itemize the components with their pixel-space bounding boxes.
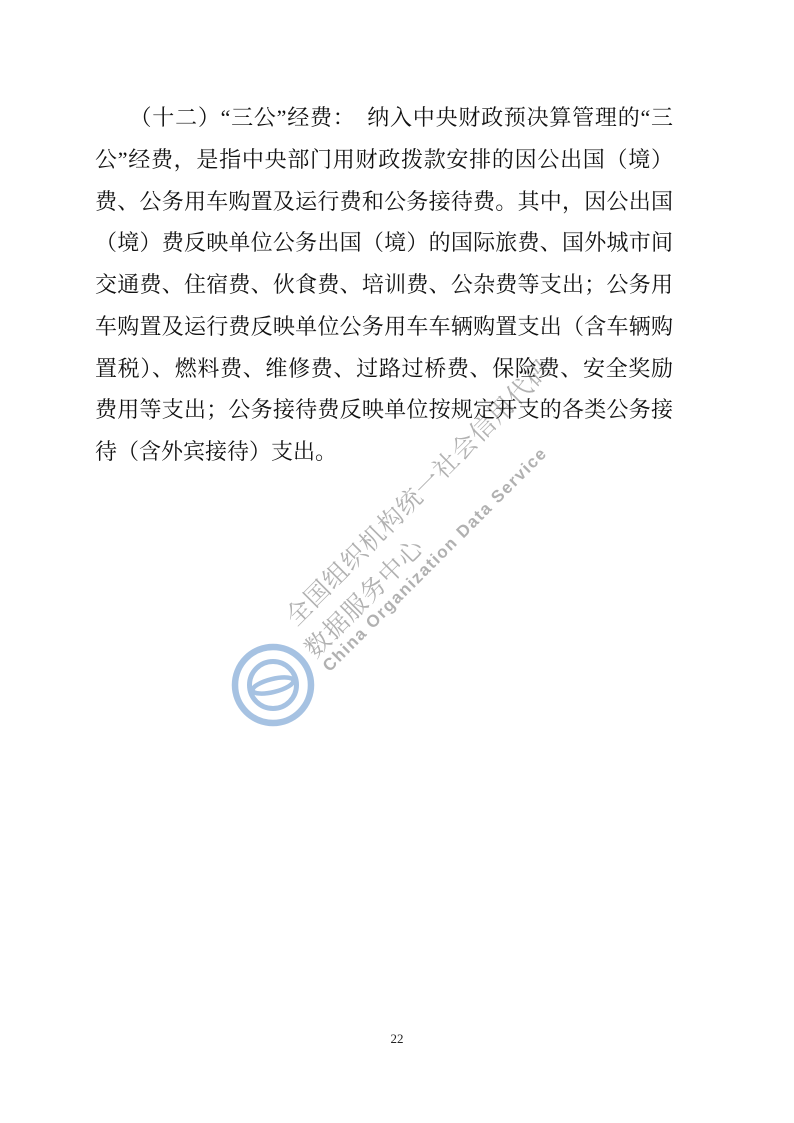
paragraph-line-2: 公”经费，是指中央部门用财政拨款安排的因公出国（境） [95, 139, 673, 181]
paragraph-line-5: 交通费、住宿费、伙食费、培训费、公杂费等支出；公务用 [95, 264, 673, 306]
watermark-cn-line-2: 数据服务中心 [295, 529, 431, 665]
paragraph-line-9: 待（含外宾接待）支出。 [95, 431, 673, 473]
paragraph-line-6: 车购置及运行费反映单位公务用车车辆购置支出（含车辆购 [95, 306, 673, 348]
watermark-en-line: China Organization Data Service [319, 443, 552, 676]
paragraph-line-8: 费用等支出；公务接待费反映单位按规定开支的各类公务接 [95, 389, 673, 431]
paragraph-line-7: 置税）、燃料费、维修费、过路过桥费、保险费、安全奖励 [95, 348, 673, 390]
document-page: （十二）“三公”经费： 纳入中央财政预决算管理的“三 公”经费，是指中央部门用财… [0, 0, 794, 1123]
paragraph-block: （十二）“三公”经费： 纳入中央财政预决算管理的“三 公”经费，是指中央部门用财… [95, 97, 673, 473]
paragraph-line-4: （境）费反映单位公务出国（境）的国际旅费、国外城市间 [95, 222, 673, 264]
page-number: 22 [0, 1031, 794, 1047]
org-code-logo-icon [231, 643, 315, 727]
paragraph-line-3: 费、公务用车购置及运行费和公务接待费。其中，因公出国 [95, 181, 673, 223]
paragraph-line-1: （十二）“三公”经费： 纳入中央财政预决算管理的“三 [95, 97, 673, 139]
